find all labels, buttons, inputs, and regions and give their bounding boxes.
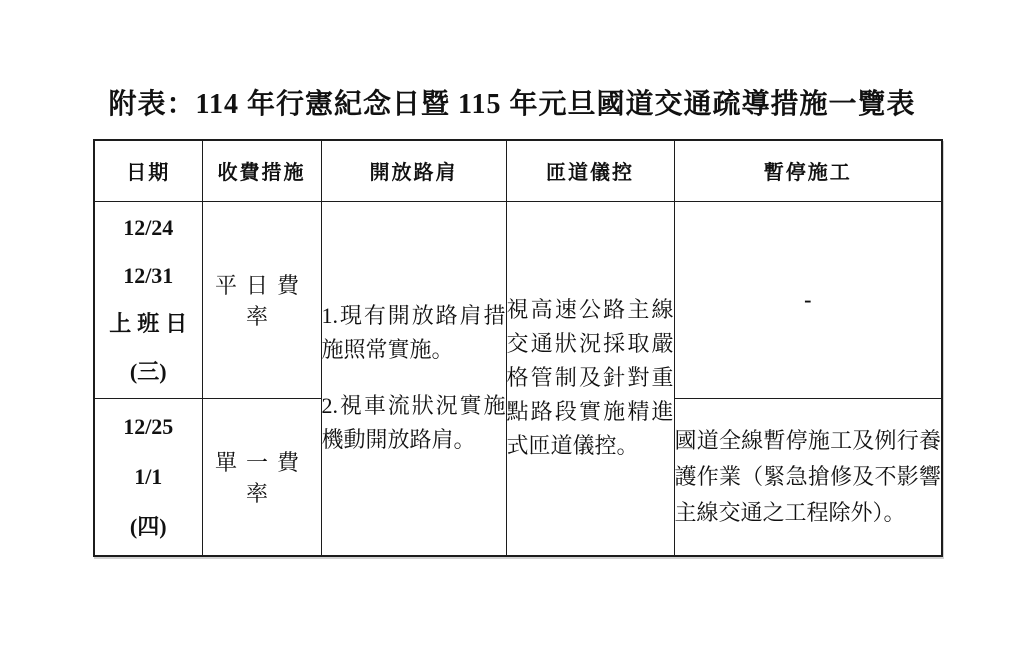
ramp-metering-text: 視高速公路主線交通狀況採取嚴格管制及針對重點路段實施精進式匝道儀控。 [507, 293, 674, 463]
date-cell-workdays: 12/24 12/31 上班日 (三) [94, 201, 202, 398]
date-line: 12/31 [95, 252, 202, 300]
shoulder-item-2: 2.視車流狀況實施機動開放路肩。 [322, 389, 506, 457]
header-shoulder-opening: 開放路肩 [321, 140, 506, 201]
header-toll-measures: 收費措施 [202, 140, 321, 201]
table-header-row: 日期 收費措施 開放路肩 匝道儀控 暫停施工 [94, 140, 942, 201]
date-line: 12/24 [95, 204, 202, 252]
suspension-cell-workdays: - [674, 201, 942, 398]
date-cell-holidays: 12/25 1/1 (四) [94, 398, 202, 556]
toll-cell-weekday-rate: 平日費率 [202, 201, 321, 398]
date-line: 上班日 [95, 300, 202, 348]
document-page: 附表：114 年行憲紀念日暨 115 年元旦國道交通疏導措施一覽表 日期 收費措… [0, 0, 1024, 670]
date-line: (三) [95, 348, 202, 396]
document-title: 附表：114 年行憲紀念日暨 115 年元旦國道交通疏導措施一覽表 [0, 82, 1024, 122]
shoulder-item-1: 1.現有開放路肩措施照常實施。 [322, 299, 506, 367]
header-construction-suspension: 暫停施工 [674, 140, 942, 201]
traffic-measures-table: 日期 收費措施 開放路肩 匝道儀控 暫停施工 12/24 12/31 上班日 (… [93, 139, 943, 557]
header-ramp-metering: 匝道儀控 [506, 140, 674, 201]
date-line: 12/25 [95, 402, 202, 452]
shoulder-opening-cell: 1.現有開放路肩措施照常實施。 2.視車流狀況實施機動開放路肩。 [321, 201, 506, 556]
suspension-cell-holidays: 國道全線暫停施工及例行養護作業（緊急搶修及不影響主線交通之工程除外）。 [674, 398, 942, 556]
header-date: 日期 [94, 140, 202, 201]
ramp-metering-cell: 視高速公路主線交通狀況採取嚴格管制及針對重點路段實施精進式匝道儀控。 [506, 201, 674, 556]
table-row-workdays: 12/24 12/31 上班日 (三) 平日費率 1.現有開放路肩措施照常實施。… [94, 201, 942, 398]
date-line: (四) [95, 502, 202, 552]
date-line: 1/1 [95, 452, 202, 502]
toll-cell-single-rate: 單一費率 [202, 398, 321, 556]
